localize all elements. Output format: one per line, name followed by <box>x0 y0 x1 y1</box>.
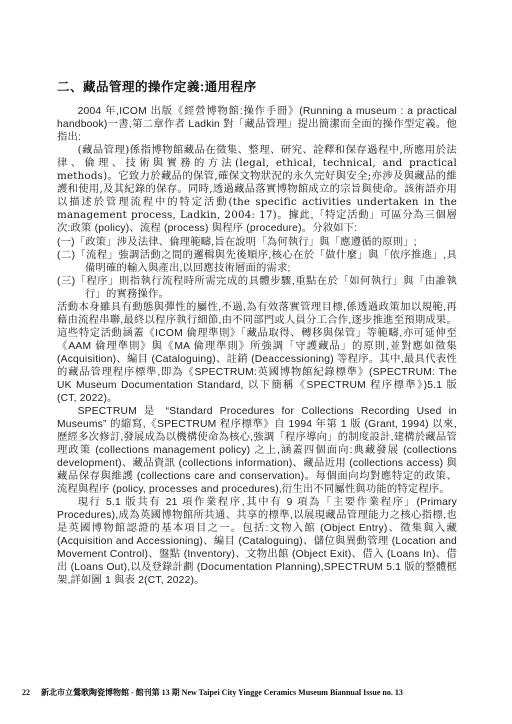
three-levels-list: (一)「政策」涉及法律、倫理範疇,旨在說明「為何執行」與「應遵循的原則」; (二… <box>57 236 457 301</box>
paragraph-current-version: 現行 5.1 版共有 21 項作業程序,其中有 9 項為「主要作業程序」(Pri… <box>57 496 457 587</box>
paragraph-activities: 活動本身雖具有動態與彈性的屬性,不過,為有效落實管理目標,係透過政策加以規範,再… <box>57 301 457 405</box>
list-item-procedure: (三)「程序」則指執行流程時所需完成的具體步驟,重點在於「如何執行」與「由誰執行… <box>57 275 457 301</box>
paragraph-quote: (藏品管理)係指博物館藏品在徵集、整理、研究、詮釋和保存過程中,所應用於法律、倫… <box>57 144 457 235</box>
paragraph-intro: 2004 年,ICOM 出版《經營博物館:操作手冊》(Running a mus… <box>57 105 457 144</box>
page-footer: 22新北市立鶯歌陶瓷博物館 - 館刊第 13 期 New Taipei City… <box>22 687 403 698</box>
page-number: 22 <box>22 688 30 697</box>
journal-title: 新北市立鶯歌陶瓷博物館 - 館刊第 13 期 New Taipei City Y… <box>41 688 403 697</box>
page-content: 二、藏品管理的操作定義:通用程序 2004 年,ICOM 出版《經營博物館:操作… <box>57 77 457 587</box>
document-page: 二、藏品管理的操作定義:通用程序 2004 年,ICOM 出版《經營博物館:操作… <box>0 0 512 724</box>
paragraph-spectrum-overview: SPECTRUM 是 “Standard Procedures for Coll… <box>57 405 457 496</box>
section-heading: 二、藏品管理的操作定義:通用程序 <box>57 77 457 95</box>
list-item-process: (二)「流程」強調活動之間的邏輯與先後順序,核心在於「做什麼」與「依序推進」,具… <box>57 249 457 275</box>
list-item-policy: (一)「政策」涉及法律、倫理範疇,旨在說明「為何執行」與「應遵循的原則」; <box>57 236 457 249</box>
